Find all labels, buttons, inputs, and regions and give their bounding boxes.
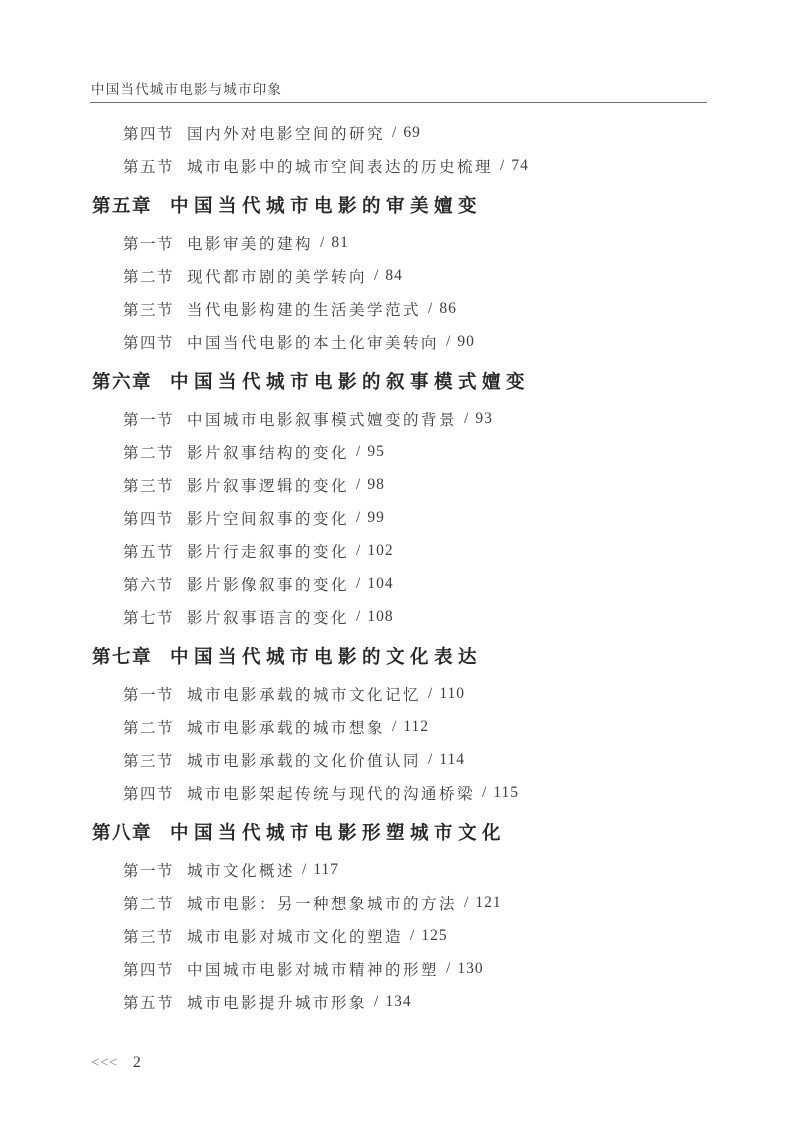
footer-chevrons-icon: <<< bbox=[91, 1055, 118, 1072]
toc-section-title: 影片叙事结构的变化 bbox=[187, 441, 349, 463]
toc-section-title: 影片行走叙事的变化 bbox=[187, 540, 349, 562]
toc-section-entry: 第四节 国内外对电影空间的研究 / 69 bbox=[0, 116, 799, 149]
toc-list: 第四节 国内外对电影空间的研究 / 69 第五节 城市电影中的城市空间表达的历史… bbox=[0, 116, 799, 1018]
toc-section-entry: 第三节 城市电影承载的文化价值认同 / 114 bbox=[0, 743, 799, 776]
toc-chapter-title: 中国当代城市电影的审美嬗变 bbox=[170, 192, 482, 218]
toc-section-entry: 第一节 城市文化概述 / 117 bbox=[0, 853, 799, 886]
toc-chapter-heading: 第八章 中国当代城市电影形塑城市文化 bbox=[0, 817, 799, 847]
toc-section-title: 城市电影承载的文化价值认同 bbox=[187, 749, 421, 771]
toc-section-entry: 第二节 城市电影：另一种想象城市的方法 / 121 bbox=[0, 886, 799, 919]
toc-entry-separator: / bbox=[356, 476, 360, 494]
toc-section-entry: 第一节 中国城市电影叙事模式嬗变的背景 / 93 bbox=[0, 402, 799, 435]
toc-section-label: 第五节 bbox=[123, 991, 174, 1013]
toc-section-title: 国内外对电影空间的研究 bbox=[187, 122, 385, 144]
toc-section-label: 第三节 bbox=[123, 474, 174, 496]
toc-entry-separator: / bbox=[428, 685, 432, 703]
toc-section-title: 当代电影构建的生活美学范式 bbox=[187, 298, 421, 320]
toc-chapter-title: 中国当代城市电影的文化表达 bbox=[170, 643, 482, 669]
toc-chapter-title: 中国当代城市电影形塑城市文化 bbox=[170, 819, 506, 845]
toc-entry-page-number: 102 bbox=[367, 542, 393, 560]
toc-section-entry: 第六节 影片影像叙事的变化 / 104 bbox=[0, 567, 799, 600]
toc-entry-page-number: 99 bbox=[367, 509, 385, 527]
toc-section-title: 中国当代电影的本土化审美转向 bbox=[187, 331, 439, 353]
toc-section-title: 城市电影提升城市形象 bbox=[187, 991, 367, 1013]
toc-section-title: 城市电影架起传统与现代的沟通桥梁 bbox=[187, 782, 475, 804]
toc-section-title: 现代都市剧的美学转向 bbox=[187, 265, 367, 287]
toc-section-label: 第一节 bbox=[123, 859, 174, 881]
toc-entry-separator: / bbox=[374, 267, 378, 285]
toc-section-entry: 第二节 影片叙事结构的变化 / 95 bbox=[0, 435, 799, 468]
toc-section-entry: 第二节 现代都市剧的美学转向 / 84 bbox=[0, 259, 799, 292]
book-toc-page: 中国当代城市电影与城市印象 第四节 国内外对电影空间的研究 / 69 第五节 城… bbox=[0, 0, 799, 1124]
toc-chapter-label: 第六章 bbox=[92, 368, 152, 394]
toc-entry-separator: / bbox=[464, 410, 468, 428]
toc-section-title: 影片叙事逻辑的变化 bbox=[187, 474, 349, 496]
toc-entry-page-number: 110 bbox=[439, 685, 465, 703]
toc-entry-separator: / bbox=[356, 542, 360, 560]
toc-section-label: 第四节 bbox=[123, 782, 174, 804]
toc-entry-page-number: 112 bbox=[403, 718, 429, 736]
toc-entry-separator: / bbox=[410, 927, 414, 945]
toc-entry-separator: / bbox=[356, 608, 360, 626]
toc-section-label: 第四节 bbox=[123, 958, 174, 980]
toc-entry-separator: / bbox=[356, 575, 360, 593]
toc-section-label: 第一节 bbox=[123, 232, 174, 254]
toc-section-title: 影片叙事语言的变化 bbox=[187, 606, 349, 628]
toc-entry-separator: / bbox=[428, 300, 432, 318]
toc-entry-separator: / bbox=[302, 861, 306, 879]
toc-chapter-label: 第五章 bbox=[92, 192, 152, 218]
toc-section-label: 第四节 bbox=[123, 331, 174, 353]
toc-section-entry: 第七节 影片叙事语言的变化 / 108 bbox=[0, 600, 799, 633]
toc-section-title: 中国城市电影叙事模式嬗变的背景 bbox=[187, 408, 457, 430]
toc-section-entry: 第三节 城市电影对城市文化的塑造 / 125 bbox=[0, 919, 799, 952]
toc-chapter-heading: 第七章 中国当代城市电影的文化表达 bbox=[0, 641, 799, 671]
toc-section-title: 城市电影对城市文化的塑造 bbox=[187, 925, 403, 947]
toc-section-entry: 第五节 影片行走叙事的变化 / 102 bbox=[0, 534, 799, 567]
header-rule bbox=[90, 102, 707, 103]
toc-entry-page-number: 84 bbox=[385, 267, 403, 285]
toc-section-entry: 第二节 城市电影承载的城市想象 / 112 bbox=[0, 710, 799, 743]
toc-entry-page-number: 134 bbox=[385, 993, 411, 1011]
toc-section-entry: 第一节 城市电影承载的城市文化记忆 / 110 bbox=[0, 677, 799, 710]
toc-section-entry: 第一节 电影审美的建构 / 81 bbox=[0, 226, 799, 259]
toc-entry-separator: / bbox=[464, 894, 468, 912]
toc-section-title: 城市电影承载的城市文化记忆 bbox=[187, 683, 421, 705]
toc-section-label: 第五节 bbox=[123, 540, 174, 562]
toc-section-entry: 第三节 当代电影构建的生活美学范式 / 86 bbox=[0, 292, 799, 325]
toc-entry-page-number: 125 bbox=[421, 927, 447, 945]
toc-entry-separator: / bbox=[356, 509, 360, 527]
toc-entry-page-number: 90 bbox=[457, 333, 475, 351]
toc-section-title: 影片空间叙事的变化 bbox=[187, 507, 349, 529]
toc-section-label: 第二节 bbox=[123, 716, 174, 738]
toc-section-title: 城市电影中的城市空间表达的历史梳理 bbox=[187, 155, 493, 177]
toc-entry-separator: / bbox=[482, 784, 486, 802]
toc-entry-page-number: 93 bbox=[475, 410, 493, 428]
toc-entry-separator: / bbox=[428, 751, 432, 769]
toc-entry-page-number: 98 bbox=[367, 476, 385, 494]
toc-section-entry: 第三节 影片叙事逻辑的变化 / 98 bbox=[0, 468, 799, 501]
toc-entry-page-number: 86 bbox=[439, 300, 457, 318]
toc-section-label: 第六节 bbox=[123, 573, 174, 595]
toc-entry-page-number: 81 bbox=[331, 234, 349, 252]
toc-entry-page-number: 114 bbox=[439, 751, 465, 769]
toc-section-title: 影片影像叙事的变化 bbox=[187, 573, 349, 595]
toc-section-entry: 第五节 城市电影提升城市形象 / 134 bbox=[0, 985, 799, 1018]
toc-section-entry: 第四节 中国城市电影对城市精神的形塑 / 130 bbox=[0, 952, 799, 985]
toc-section-entry: 第四节 影片空间叙事的变化 / 99 bbox=[0, 501, 799, 534]
toc-chapter-label: 第八章 bbox=[92, 819, 152, 845]
toc-section-entry: 第四节 中国当代电影的本土化审美转向 / 90 bbox=[0, 325, 799, 358]
toc-section-label: 第二节 bbox=[123, 892, 174, 914]
toc-section-entry: 第五节 城市电影中的城市空间表达的历史梳理 / 74 bbox=[0, 149, 799, 182]
toc-section-title: 城市文化概述 bbox=[187, 859, 295, 881]
toc-section-label: 第三节 bbox=[123, 925, 174, 947]
toc-chapter-label: 第七章 bbox=[92, 643, 152, 669]
toc-entry-page-number: 95 bbox=[367, 443, 385, 461]
toc-section-title: 城市电影：另一种想象城市的方法 bbox=[187, 892, 457, 914]
toc-entry-separator: / bbox=[374, 993, 378, 1011]
toc-section-label: 第一节 bbox=[123, 683, 174, 705]
running-head-title: 中国当代城市电影与城市印象 bbox=[91, 78, 282, 98]
toc-chapter-heading: 第六章 中国当代城市电影的叙事模式嬗变 bbox=[0, 366, 799, 396]
toc-entry-page-number: 121 bbox=[475, 894, 501, 912]
toc-section-label: 第七节 bbox=[123, 606, 174, 628]
toc-entry-separator: / bbox=[356, 443, 360, 461]
toc-section-label: 第四节 bbox=[123, 122, 174, 144]
toc-entry-separator: / bbox=[320, 234, 324, 252]
toc-chapter-heading: 第五章 中国当代城市电影的审美嬗变 bbox=[0, 190, 799, 220]
toc-entry-separator: / bbox=[392, 718, 396, 736]
toc-section-label: 第二节 bbox=[123, 441, 174, 463]
toc-section-title: 中国城市电影对城市精神的形塑 bbox=[187, 958, 439, 980]
toc-entry-separator: / bbox=[446, 333, 450, 351]
toc-section-entry: 第四节 城市电影架起传统与现代的沟通桥梁 / 115 bbox=[0, 776, 799, 809]
page-footer: <<< 2 bbox=[91, 1053, 142, 1073]
toc-entry-separator: / bbox=[446, 960, 450, 978]
toc-entry-separator: / bbox=[500, 157, 504, 175]
toc-entry-separator: / bbox=[392, 124, 396, 142]
toc-entry-page-number: 74 bbox=[511, 157, 529, 175]
toc-entry-page-number: 108 bbox=[367, 608, 393, 626]
toc-section-label: 第四节 bbox=[123, 507, 174, 529]
toc-section-title: 城市电影承载的城市想象 bbox=[187, 716, 385, 738]
toc-section-label: 第一节 bbox=[123, 408, 174, 430]
toc-entry-page-number: 115 bbox=[493, 784, 519, 802]
toc-chapter-title: 中国当代城市电影的叙事模式嬗变 bbox=[170, 368, 530, 394]
toc-entry-page-number: 104 bbox=[367, 575, 393, 593]
toc-entry-page-number: 130 bbox=[457, 960, 483, 978]
toc-entry-page-number: 69 bbox=[403, 124, 421, 142]
toc-section-label: 第三节 bbox=[123, 749, 174, 771]
footer-page-number: 2 bbox=[133, 1054, 142, 1072]
toc-section-title: 电影审美的建构 bbox=[187, 232, 313, 254]
toc-section-label: 第五节 bbox=[123, 155, 174, 177]
toc-entry-page-number: 117 bbox=[313, 861, 339, 879]
toc-section-label: 第三节 bbox=[123, 298, 174, 320]
toc-section-label: 第二节 bbox=[123, 265, 174, 287]
